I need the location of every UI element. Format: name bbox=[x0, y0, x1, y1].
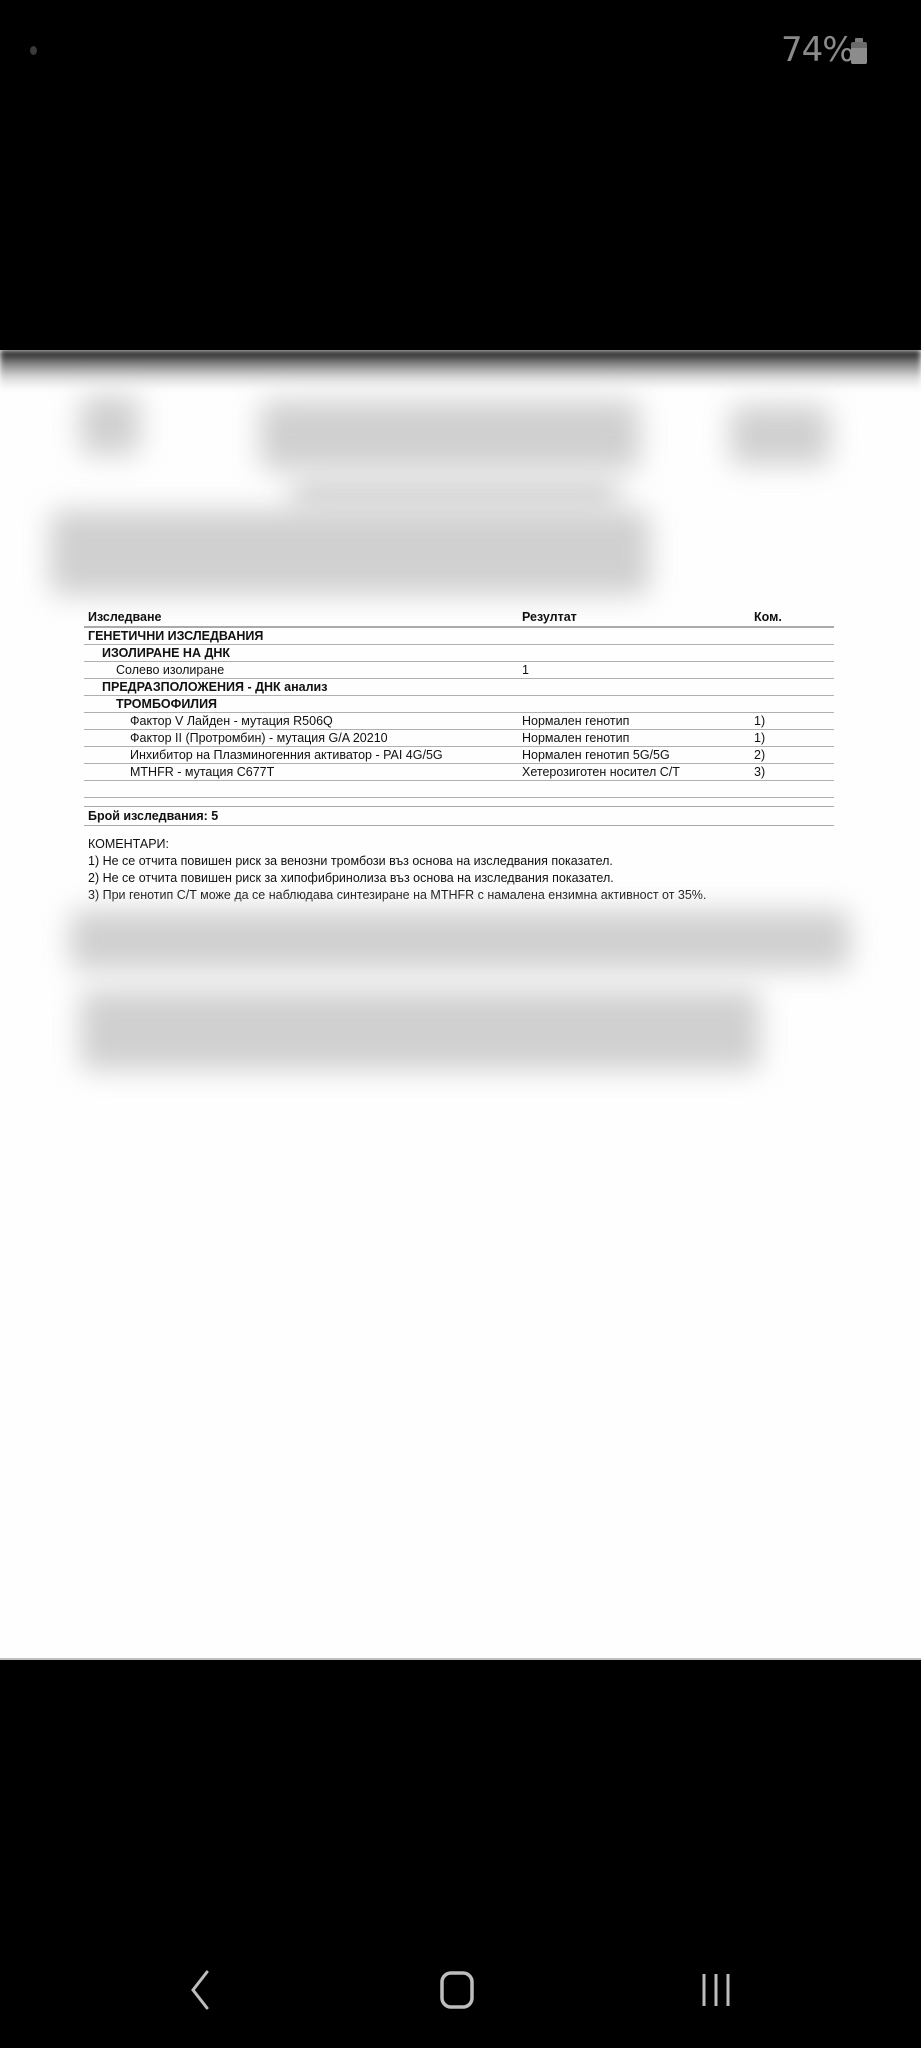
home-icon bbox=[439, 1970, 475, 2010]
comment-3: 3) При генотип C/T може да се наблюдава … bbox=[88, 887, 834, 904]
test-comment-ref: 1) bbox=[750, 730, 834, 747]
table-row: ПРЕДРАЗПОЛОЖЕНИЯ - ДНК анализ bbox=[84, 679, 834, 696]
redacted-subtitle bbox=[290, 480, 620, 508]
test-comment-ref bbox=[750, 662, 834, 679]
test-comment-ref: 1) bbox=[750, 713, 834, 730]
home-button[interactable] bbox=[417, 1950, 497, 2030]
test-name: ТРОМБОФИЛИЯ bbox=[84, 696, 518, 713]
back-button[interactable] bbox=[160, 1950, 240, 2030]
recents-icon bbox=[698, 1970, 734, 2010]
test-name: ПРЕДРАЗПОЛОЖЕНИЯ - ДНК анализ bbox=[84, 679, 518, 696]
comment-1: 1) Не се отчита повишен риск за венозни … bbox=[88, 853, 834, 870]
recents-button[interactable] bbox=[676, 1950, 756, 2030]
table-row: Инхибитор на Плазминогенния активатор - … bbox=[84, 747, 834, 764]
test-comment-ref bbox=[750, 696, 834, 713]
header-result: Резултат bbox=[518, 608, 750, 627]
test-result: Нормален генотип bbox=[518, 730, 750, 747]
navigation-bar bbox=[0, 1950, 921, 2030]
status-bar: 74% bbox=[0, 0, 921, 100]
test-name: MTHFR - мутация C677T bbox=[84, 764, 518, 781]
redacted-footer-2 bbox=[80, 990, 760, 1070]
test-result bbox=[518, 696, 750, 713]
comments-section: КОМЕНТАРИ: 1) Не се отчита повишен риск … bbox=[84, 836, 834, 904]
table-row: Солево изолиране1 bbox=[84, 662, 834, 679]
test-name: Фактор II (Протромбин) - мутация G/A 202… bbox=[84, 730, 518, 747]
table-row: MTHFR - мутация C677TХетерозиготен носит… bbox=[84, 764, 834, 781]
results-table: Изследване Резултат Ком. ГЕНЕТИЧНИ ИЗСЛЕ… bbox=[84, 608, 834, 798]
notification-dot-icon bbox=[30, 46, 37, 55]
test-name: Инхибитор на Плазминогенния активатор - … bbox=[84, 747, 518, 764]
comment-2: 2) Не се отчита повишен риск за хипофибр… bbox=[88, 870, 834, 887]
redacted-header-text bbox=[260, 400, 640, 470]
image-viewer[interactable]: Изследване Резултат Ком. ГЕНЕТИЧНИ ИЗСЛЕ… bbox=[0, 350, 921, 1660]
test-result bbox=[518, 679, 750, 696]
comments-title: КОМЕНТАРИ: bbox=[88, 836, 834, 853]
test-comment-ref: 2) bbox=[750, 747, 834, 764]
test-result: Нормален генотип 5G/5G bbox=[518, 747, 750, 764]
test-name: ГЕНЕТИЧНИ ИЗСЛЕДВАНИЯ bbox=[84, 627, 518, 645]
test-result bbox=[518, 627, 750, 645]
table-row: Фактор II (Протромбин) - мутация G/A 202… bbox=[84, 730, 834, 747]
test-count: Брой изследвания: 5 bbox=[84, 806, 834, 826]
test-comment-ref bbox=[750, 645, 834, 662]
test-name: ИЗОЛИРАНЕ НА ДНК bbox=[84, 645, 518, 662]
test-comment-ref: 3) bbox=[750, 764, 834, 781]
battery-percent: 74% bbox=[781, 30, 854, 70]
table-row: ИЗОЛИРАНЕ НА ДНК bbox=[84, 645, 834, 662]
table-spacer-row bbox=[84, 781, 834, 798]
image-bottom-edge bbox=[0, 1658, 921, 1660]
test-result: 1 bbox=[518, 662, 750, 679]
blurred-edge bbox=[0, 350, 921, 390]
test-name: Фактор V Лайден - мутация R506Q bbox=[84, 713, 518, 730]
test-comment-ref bbox=[750, 679, 834, 696]
redacted-logo bbox=[80, 395, 140, 455]
back-icon bbox=[188, 1970, 212, 2010]
test-result: Нормален генотип bbox=[518, 713, 750, 730]
lab-results-document: Изследване Резултат Ком. ГЕНЕТИЧНИ ИЗСЛЕ… bbox=[84, 608, 834, 904]
header-comment: Ком. bbox=[750, 608, 834, 627]
table-row: ГЕНЕТИЧНИ ИЗСЛЕДВАНИЯ bbox=[84, 627, 834, 645]
header-test: Изследване bbox=[84, 608, 518, 627]
redacted-patient-info bbox=[50, 510, 650, 595]
test-name: Солево изолиране bbox=[84, 662, 518, 679]
test-comment-ref bbox=[750, 627, 834, 645]
battery-icon bbox=[851, 38, 867, 64]
test-result bbox=[518, 645, 750, 662]
table-row: Фактор V Лайден - мутация R506QНормален … bbox=[84, 713, 834, 730]
test-result: Хетерозиготен носител C/T bbox=[518, 764, 750, 781]
redacted-header-right bbox=[730, 405, 830, 465]
redacted-footer-1 bbox=[70, 910, 850, 970]
table-row: ТРОМБОФИЛИЯ bbox=[84, 696, 834, 713]
